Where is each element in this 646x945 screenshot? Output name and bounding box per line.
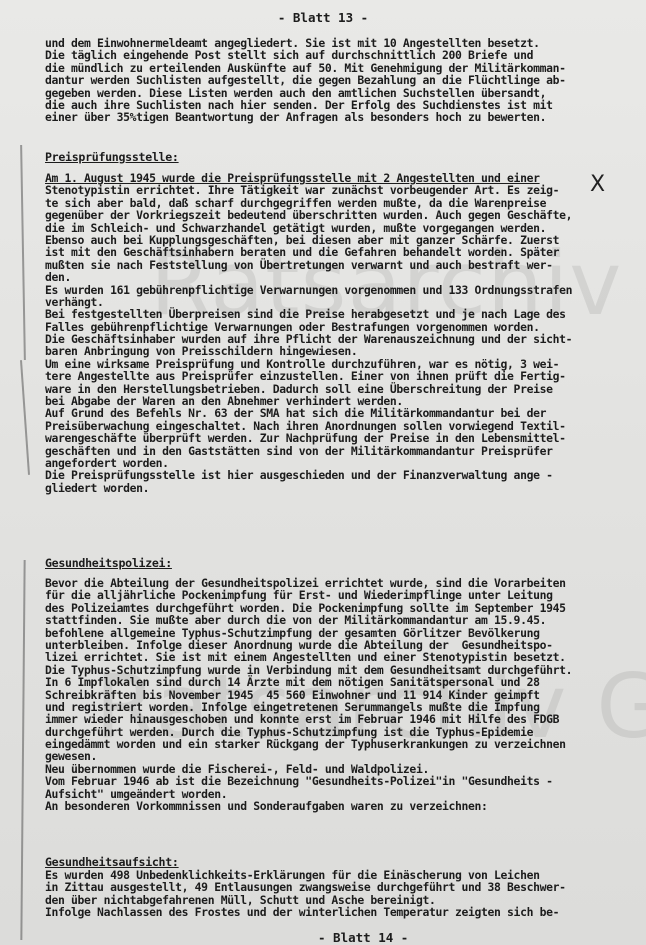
section-body: Bevor die Abteilung der Gesundheitspoliz… — [45, 577, 630, 812]
section-heading: Gesundheitspolizei: — [45, 556, 630, 570]
section-gesundheitsaufsicht: Gesundheitsaufsicht: Es wurden 498 Unbed… — [45, 855, 630, 919]
text-line: warengeschäfte überprüft werden. Zur Nac… — [45, 432, 630, 444]
text-line: An besonderen Vorkommnissen und Sonderau… — [45, 800, 630, 812]
page-header: - Blatt 13 - — [0, 10, 646, 25]
document-page: Ratsarchiv Görlitz © Ratsarchiv Görlitz … — [0, 0, 646, 945]
text-line: Bei festgestellten Überpreisen sind die … — [45, 308, 630, 320]
text-line: den. — [45, 271, 630, 283]
section-heading: Gesundheitsaufsicht: — [45, 855, 630, 869]
text-line: Vom Februar 1946 ab ist die Bezeichnung … — [45, 775, 630, 787]
margin-x-mark: X — [590, 172, 605, 197]
text-line: eingedämmt worden und ein starker Rückga… — [45, 738, 630, 750]
text-line: Die Preisprüfungsstelle ist hier ausgesc… — [45, 469, 630, 481]
text-line: einer über 35%tigen Beantwortung der Anf… — [45, 111, 630, 123]
margin-line — [20, 560, 25, 940]
text-line: gewesen. — [45, 750, 630, 762]
text-line: tere Angestellte aus Preisprüfer einzust… — [45, 370, 630, 382]
text-line: gegenüber der Vorkriegszeit bedeutend üb… — [45, 209, 630, 221]
text-line: Es wurden 161 gebührenpflichtige Verwarn… — [45, 284, 630, 296]
text-line: lizei errichtet. Sie ist mit einem Anges… — [45, 651, 630, 663]
text-line: Die täglich eingehende Post stellt sich … — [45, 49, 630, 61]
text-line: dantur werden Suchlisten aufgestellt, di… — [45, 74, 630, 86]
text-line: gliedert worden. — [45, 482, 630, 494]
text-line: In 6 Impflokalen sind durch 14 Ärzte mit… — [45, 676, 630, 688]
section-heading: Preisprüfungsstelle: — [45, 150, 630, 164]
margin-line — [20, 360, 30, 475]
intro-paragraph: und dem Einwohnermeldeamt angegliedert. … — [45, 37, 630, 124]
section-gesundheitspolizei: Gesundheitspolizei: Bevor die Abteilung … — [45, 556, 630, 812]
text-line: stattfinden. Sie mußte aber durch die vo… — [45, 614, 630, 626]
text-line: in Zittau ausgestellt, 49 Entlausungen z… — [45, 881, 630, 893]
section-body: Am 1. August 1945 wurde die Preisprüfung… — [45, 172, 630, 494]
page-footer: - Blatt 14 - — [318, 930, 408, 945]
margin-line — [20, 145, 26, 360]
text-line: immer wieder hinausgeschoben und konnte … — [45, 713, 630, 725]
text-line: baren Anbringung von Preisschildern hing… — [45, 345, 630, 357]
text-line: mußten sie nach Feststellung von Übertre… — [45, 259, 630, 271]
text-line: für die alljährliche Pockenimpfung für E… — [45, 589, 630, 601]
section-body: Es wurden 498 Unbedenklichkeits-Erklärun… — [45, 869, 630, 919]
text-line: ist mit den Geschäftsinhabern beraten un… — [45, 246, 630, 258]
section-preispruefungsstelle: Preisprüfungsstelle: Am 1. August 1945 w… — [45, 150, 630, 494]
text-line: Infolge Nachlassen des Frostes und der w… — [45, 906, 630, 918]
text-line: Auf Grund des Befehls Nr. 63 der SMA hat… — [45, 407, 630, 419]
text-line: Stenotypistin errichtet. Ihre Tätigkeit … — [45, 184, 630, 196]
